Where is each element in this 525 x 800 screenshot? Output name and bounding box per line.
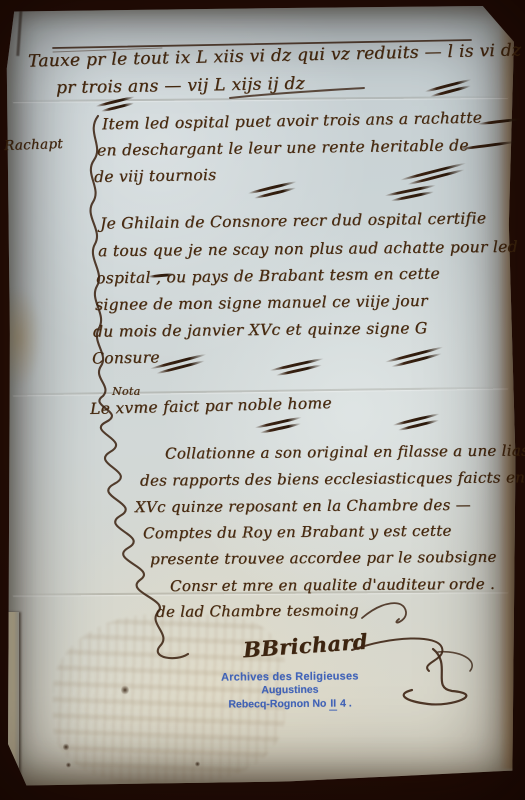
manuscript-line: XVc quinze reposant en la Chambre des — <box>135 496 471 516</box>
manuscript-line: des rapports des biens ecclesiasticques … <box>140 468 525 489</box>
ink-spot <box>195 761 200 767</box>
paper-crease <box>13 387 508 396</box>
paper-right-edge-shadow <box>499 24 516 769</box>
paper-fold-line <box>16 6 22 56</box>
photo-of-manuscript: Tauxe pr le tout ix L xiis vi dz qui vz … <box>0 0 525 800</box>
nota-label: Nota <box>112 385 140 398</box>
stamp-line-3-prefix: Rebecq-Rognon No <box>228 698 329 711</box>
ink-spot <box>66 762 71 768</box>
underlying-page-edge <box>5 612 19 787</box>
stamp-line-1: Archives des Religieuses <box>214 670 366 683</box>
manuscript-line: de viij tournois <box>94 166 217 186</box>
manuscript-line: Consure <box>92 348 160 367</box>
manuscript-line: de lad Chambre tesmoing <box>156 601 359 621</box>
manuscript-line: Collationne a son original en filasse a … <box>165 441 525 462</box>
margin-note-rachapt: Rachapt <box>4 136 64 154</box>
ink-spot <box>121 685 129 695</box>
manuscript-line: Comptes du Roy en Brabant y est cette <box>143 522 452 543</box>
paper-stain <box>6 288 42 386</box>
archive-stamp: Archives des Religieuses Augustines Rebe… <box>214 670 366 710</box>
manuscript-line: du mois de janvier XVc et quinze signe G <box>93 319 428 341</box>
manuscript-line: Consr et mre en qualite d'auditeur orde … <box>170 575 495 595</box>
stamp-line-2: Augustines <box>214 683 366 696</box>
manuscript-line: presente trouvee accordee par le soubsig… <box>150 548 497 568</box>
ink-spot <box>63 743 69 751</box>
stamp-line-3: Rebecq-Rognon No II 4 . <box>214 697 366 710</box>
stamp-number: II <box>329 698 337 711</box>
stamp-line-3-suffix: 4 . <box>337 697 352 709</box>
